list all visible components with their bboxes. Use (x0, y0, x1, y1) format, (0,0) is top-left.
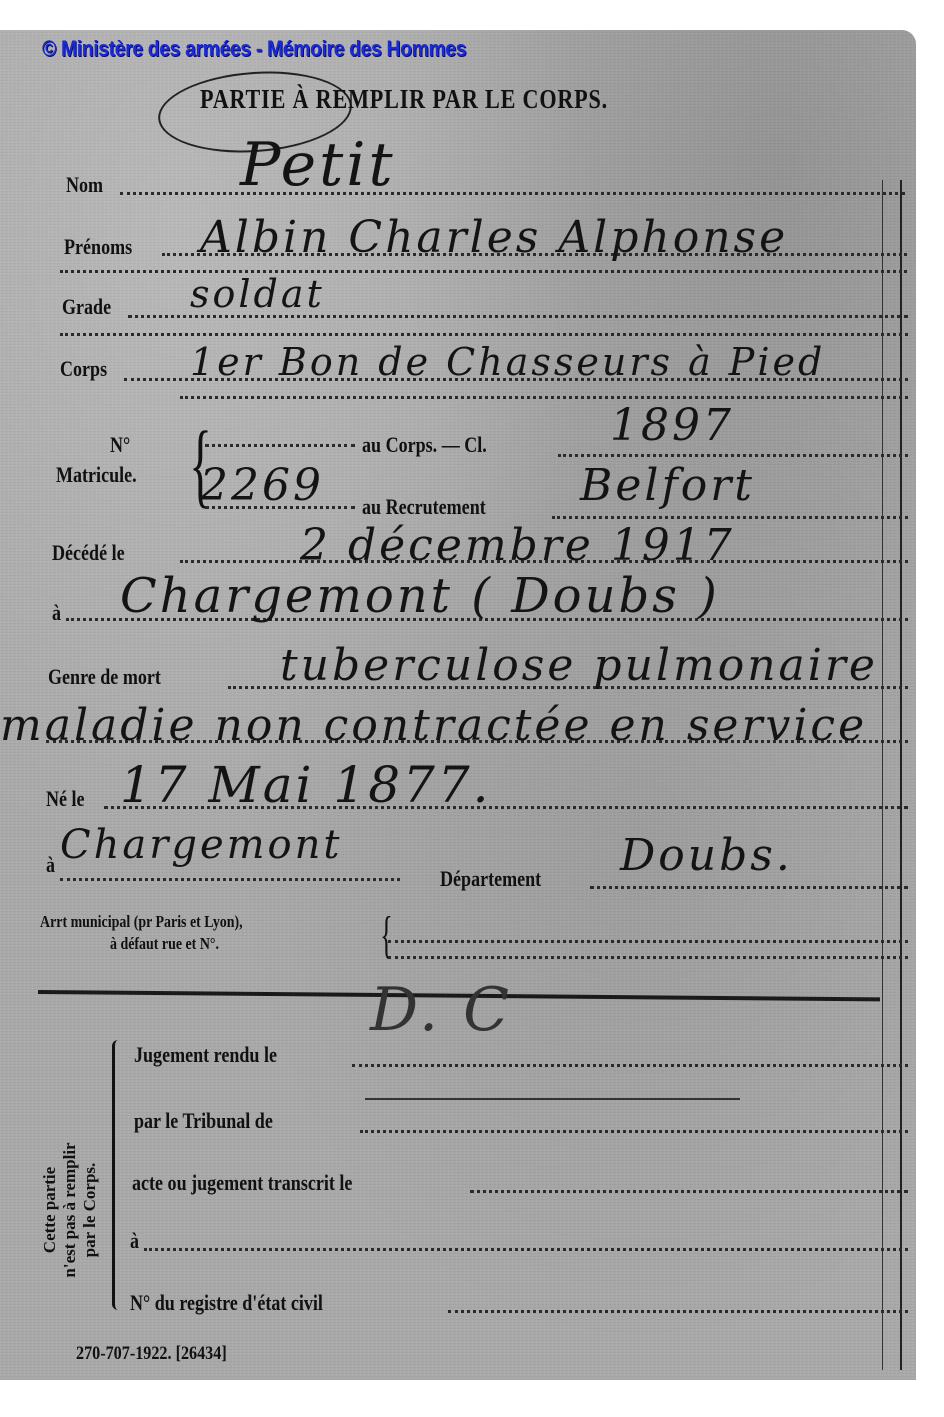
jugement-label: Jugement rendu le (134, 1042, 277, 1068)
prenoms-label: Prénoms (64, 234, 132, 260)
corps-label: Corps (60, 356, 107, 382)
matricule-label: Matricule. (56, 462, 137, 488)
prenoms-line-2 (60, 270, 907, 273)
recrutement-line (552, 516, 908, 519)
registre-line (448, 1310, 908, 1313)
recrutement-label: au Recrutement (362, 494, 486, 520)
registre-label: N° du registre d'état civil (130, 1290, 323, 1316)
genre-de-mort-label: Genre de mort (48, 664, 161, 690)
classe-value: 1897 (610, 400, 734, 451)
nom-label: Nom (66, 172, 103, 198)
transcrit-label: acte ou jugement transcrit le (132, 1170, 352, 1196)
ne-le-label: Né le (46, 786, 85, 812)
jugement-strike (365, 1098, 740, 1100)
matricule-label-no: N° (110, 432, 130, 458)
ne-a-value: Chargemont (60, 822, 342, 868)
recrutement-number-line (205, 506, 355, 509)
transcrit-line (470, 1190, 908, 1193)
grade-line-2 (60, 333, 908, 336)
grade-value: soldat (190, 272, 325, 316)
side-note-line3: par le Corps. (80, 1142, 100, 1277)
arrondissement-line (388, 940, 908, 943)
au-corps-line (205, 444, 355, 447)
prenoms-value: Albin Charles Alphonse (200, 212, 788, 263)
decede-le-label: Décédé le (52, 540, 125, 566)
side-note: Cette partie n'est pas à remplir par le … (22, 1095, 117, 1325)
side-note-line1: Cette partie (40, 1142, 60, 1277)
decede-a-label: à (52, 600, 61, 626)
arrondissement-line-2 (388, 956, 908, 959)
decede-le-value: 2 décembre 1917 (300, 520, 735, 571)
side-note-line2: n'est pas à remplir (60, 1142, 80, 1277)
copyright-watermark: © Ministère des armées - Mémoire des Hom… (42, 36, 466, 62)
ne-a-line (60, 878, 400, 881)
departement-label: Département (440, 866, 541, 892)
civil-a-label: à (130, 1228, 139, 1254)
genre-de-mort-value-2: maladie non contractée en service (0, 700, 867, 751)
departement-line (590, 886, 908, 889)
decede-a-value: Chargemont ( Doubs ) (120, 568, 720, 624)
classe-line (558, 454, 908, 457)
arrondissement-label-2: à défaut rue et N°. (110, 934, 219, 954)
recrutement-number: 2269 (200, 460, 324, 511)
recrutement-value: Belfort (580, 460, 755, 511)
civil-section-brace (112, 1040, 118, 1310)
corps-value: 1er Bon de Chasseurs à Pied (190, 340, 825, 384)
ne-a-label: à (46, 852, 55, 878)
arrondissement-brace: { (380, 910, 392, 962)
au-corps-label: au Corps. — Cl. (362, 432, 487, 458)
genre-de-mort-value-1: tuberculose pulmonaire (280, 640, 878, 691)
grade-label: Grade (62, 294, 111, 320)
corps-line-2 (180, 396, 908, 399)
nom-line (120, 192, 905, 195)
nom-value: Petit (240, 130, 396, 200)
jugement-line (352, 1064, 908, 1067)
arrondissement-label: Arrt municipal (pr Paris et Lyon), (40, 912, 243, 932)
form-header: PARTIE À REMPLIR PAR LE CORPS. (200, 84, 608, 115)
ne-le-value: 17 Mai 1877. (120, 756, 492, 814)
tribunal-label: par le Tribunal de (134, 1108, 273, 1134)
civil-a-line (144, 1248, 908, 1251)
form-reference-number: 270-707-1922. [26434] (76, 1343, 227, 1365)
annotation-initials: D. C (370, 975, 512, 1045)
departement-value: Doubs. (620, 830, 793, 881)
tribunal-line (360, 1130, 908, 1133)
